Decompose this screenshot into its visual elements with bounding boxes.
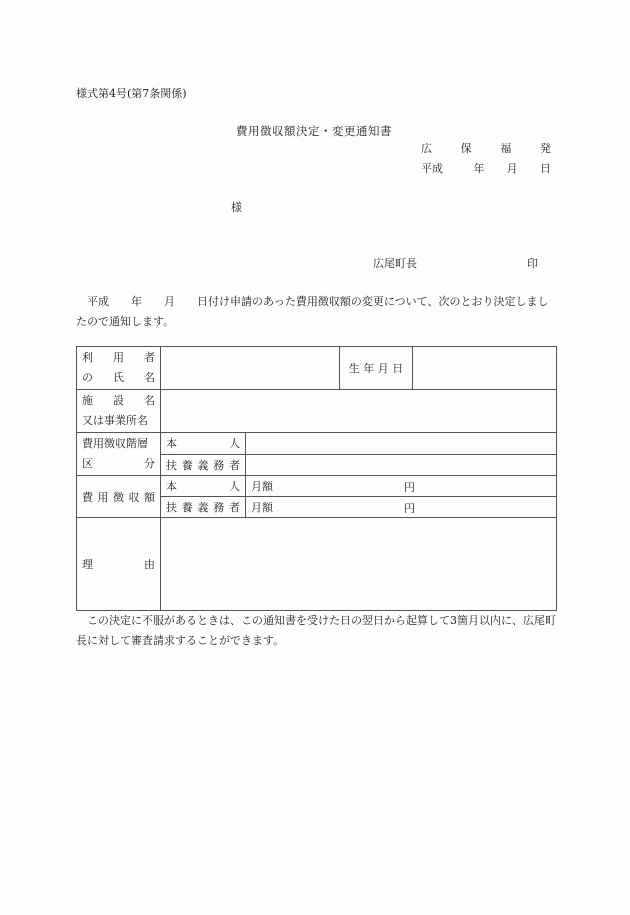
- issue-number-char: 広: [421, 140, 432, 156]
- tier-label: 費用徴収階層 区 分: [77, 433, 161, 476]
- intro-text: 日付け申請のあった費用徴収額の変更について、次のとおり決定しましたので通知します…: [76, 295, 548, 328]
- amount-self-field[interactable]: 月額 円: [246, 476, 557, 497]
- user-name-label: 利 用 者 の 氏 名: [77, 347, 161, 390]
- addressee-honorific: 様: [231, 199, 242, 215]
- label-char: 設: [113, 391, 124, 411]
- issue-number: 広 保 福 発: [421, 140, 551, 156]
- label-char: 者: [229, 457, 240, 473]
- label-char: 分: [144, 454, 155, 474]
- table-row-amount-self: 費 用 徴 収 額 本 人 月額 円: [77, 476, 557, 497]
- label-char: 用: [98, 489, 109, 505]
- date-year-unit: 年: [473, 160, 484, 176]
- issue-number-char: 発: [540, 140, 551, 156]
- label-char: 本: [166, 478, 177, 494]
- date-day-unit: 日: [540, 160, 551, 176]
- table-row-facility: 施 設 名 又は事業所名: [77, 390, 557, 433]
- label-char: 収: [129, 489, 140, 505]
- label-line: 費用徴収階層: [82, 434, 155, 454]
- issue-date: 平成 年 月 日: [421, 160, 551, 176]
- tier-self-field[interactable]: [246, 433, 557, 455]
- notice-form-table: 利 用 者 の 氏 名 生 年 月 日 施 設 名 又は事業所名 費用徴収階: [76, 346, 557, 611]
- label-char: 区: [82, 454, 93, 474]
- tier-self-label: 本 人: [161, 433, 246, 455]
- label-char: 額: [144, 489, 155, 505]
- intro-year-unit: 年: [131, 295, 142, 308]
- label-char: 費: [82, 489, 93, 505]
- label-char: 施: [82, 391, 93, 411]
- label-char: 養: [182, 499, 193, 515]
- user-name-field[interactable]: [161, 347, 340, 390]
- intro-paragraph: 平成年月日付け申請のあった費用徴収額の変更について、次のとおり決定しましたので通…: [76, 292, 556, 332]
- label-char: 養: [182, 457, 193, 473]
- label-char: 者: [229, 499, 240, 515]
- tier-supporter-label: 扶 養 義 務 者: [161, 454, 246, 476]
- label-char: 人: [229, 478, 240, 494]
- monthly-amount-prefix: 月額: [251, 480, 273, 493]
- yen-unit: 円: [404, 479, 415, 495]
- label-char: 氏: [113, 368, 124, 388]
- amount-label: 費 用 徴 収 額: [77, 476, 161, 518]
- label-char: 扶: [166, 499, 177, 515]
- facility-name-field[interactable]: [161, 390, 557, 433]
- yen-unit: 円: [404, 500, 415, 516]
- label-char: 務: [213, 457, 224, 473]
- date-era: 平成: [421, 160, 443, 176]
- birth-date-field[interactable]: [413, 347, 557, 390]
- label-char: 扶: [166, 457, 177, 473]
- label-char: 人: [229, 435, 240, 451]
- issue-number-char: 保: [461, 140, 472, 156]
- label-char: 利: [82, 348, 93, 368]
- sender-name: 広尾町長: [373, 255, 417, 271]
- label-char: 名: [144, 368, 155, 388]
- label-char: 者: [144, 348, 155, 368]
- label-char: 本: [166, 435, 177, 451]
- label-char: 理: [82, 556, 93, 572]
- birth-date-label: 生 年 月 日: [340, 347, 413, 390]
- seal-mark: 印: [527, 255, 538, 271]
- label-char: 名: [144, 391, 155, 411]
- label-char: 用: [113, 348, 124, 368]
- facility-label: 施 設 名 又は事業所名: [77, 390, 161, 433]
- label-char: 由: [144, 556, 155, 572]
- label-char: の: [82, 368, 93, 388]
- form-number: 様式第4号(第7条関係): [76, 85, 187, 101]
- table-row-user: 利 用 者 の 氏 名 生 年 月 日: [77, 347, 557, 390]
- label-line: 又は事業所名: [82, 411, 155, 431]
- label-char: 徴: [113, 489, 124, 505]
- table-row-reason: 理 由: [77, 518, 557, 611]
- label-char: 義: [198, 499, 209, 515]
- amount-supporter-label: 扶 養 義 務 者: [161, 497, 246, 518]
- label-char: 義: [198, 457, 209, 473]
- intro-month-unit: 月: [164, 295, 175, 308]
- reason-label: 理 由: [77, 518, 161, 611]
- table-row-tier-self: 費用徴収階層 区 分 本 人: [77, 433, 557, 455]
- intro-era: 平成: [87, 295, 109, 308]
- amount-supporter-field[interactable]: 月額 円: [246, 497, 557, 518]
- document-title: 費用徴収額決定・変更通知書: [236, 123, 392, 139]
- date-month-unit: 月: [507, 160, 518, 176]
- label-char: 務: [213, 499, 224, 515]
- issue-number-char: 福: [500, 140, 511, 156]
- monthly-amount-prefix: 月額: [251, 501, 273, 514]
- reason-field[interactable]: [161, 518, 557, 611]
- tier-supporter-field[interactable]: [246, 454, 557, 476]
- appeal-notice: この決定に不服があるときは、この通知書を受けた日の翌日から起算して3箇月以内に、…: [76, 611, 561, 651]
- amount-self-label: 本 人: [161, 476, 246, 497]
